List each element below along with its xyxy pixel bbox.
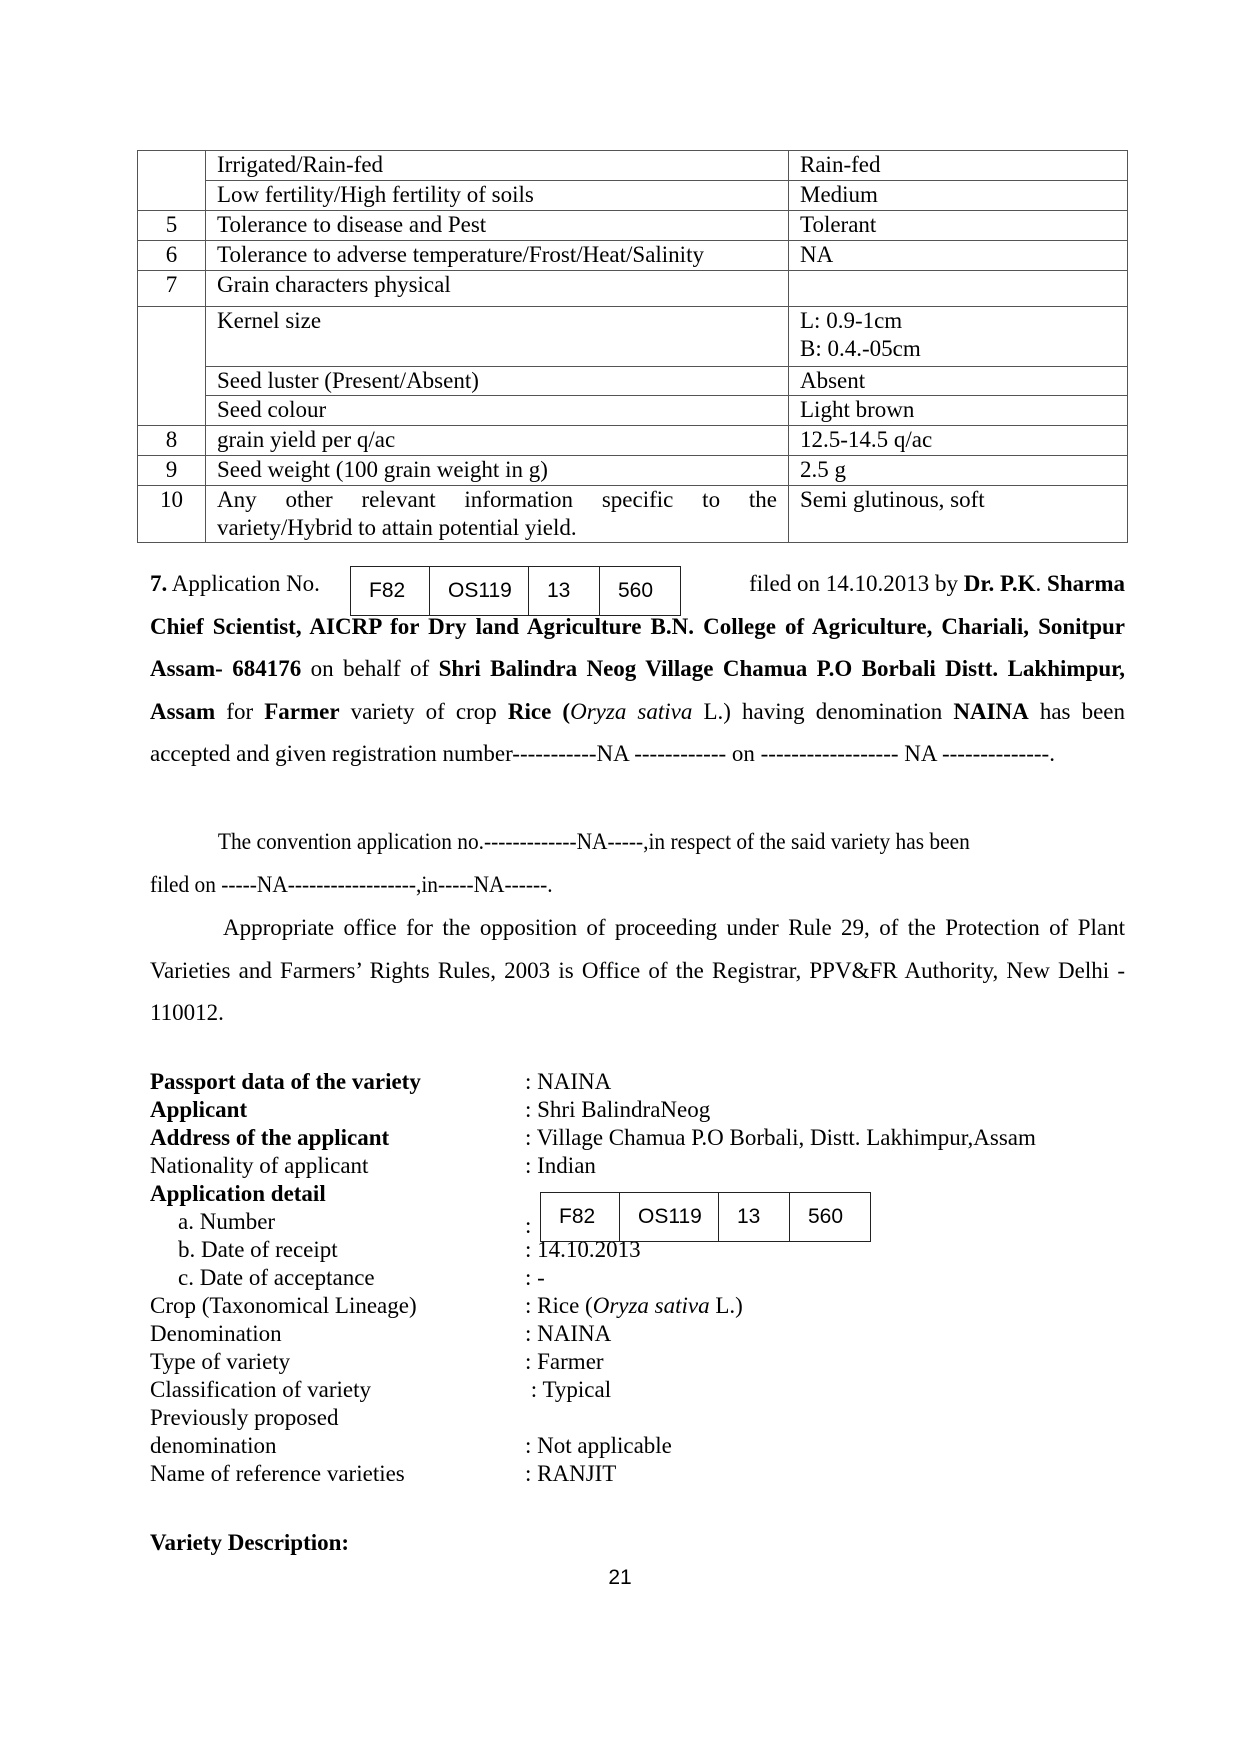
convention-paragraph: The convention application no.----------… xyxy=(150,821,1125,864)
passport-key: Nationality of applicant xyxy=(150,1152,368,1180)
value-cell: L: 0.9-1cm B: 0.4.-05cm xyxy=(789,307,1128,367)
species-suffix: L.) having denomination xyxy=(703,699,942,724)
passport-key: b. Date of receipt xyxy=(178,1236,338,1264)
parameter-cell: Grain characters physical xyxy=(206,271,789,307)
on-behalf-text: on behalf of xyxy=(311,656,429,681)
table-row: Kernel size L: 0.9-1cm B: 0.4.-05cm xyxy=(138,307,1128,367)
value-cell: Absent xyxy=(789,367,1128,396)
kernel-breadth: B: 0.4.-05cm xyxy=(800,335,1116,363)
passport-application-number-box: F82 OS119 13 560 xyxy=(540,1192,871,1242)
serial-number-cell xyxy=(138,151,206,181)
parameter-cell: Seed weight (100 grain weight in g) xyxy=(206,456,789,486)
crop-name: Rice xyxy=(508,699,551,724)
serial-number-cell: 7 xyxy=(138,271,206,307)
passport-key: Name of reference varieties xyxy=(150,1460,405,1488)
passport-value: : NAINA xyxy=(525,1320,611,1348)
parameter-cell: Seed colour xyxy=(206,396,789,426)
passport-value: : Not applicable xyxy=(525,1432,672,1460)
table-row: 5 Tolerance to disease and Pest Tolerant xyxy=(138,211,1128,241)
passport-key: a. Number xyxy=(178,1208,275,1236)
convention-line-1: The convention application no.----------… xyxy=(150,821,1125,864)
application-number-part: F82 xyxy=(351,567,430,615)
passport-value: : Shri BalindraNeog xyxy=(525,1096,710,1124)
opposition-office-text: Appropriate office for the opposition of… xyxy=(150,915,1125,1025)
value-cell: Semi glutinous, soft xyxy=(789,486,1128,543)
denomination: NAINA xyxy=(953,699,1028,724)
passport-value: : Farmer xyxy=(525,1348,604,1376)
table-row: Irrigated/Rain-fed Rain-fed xyxy=(138,151,1128,181)
application-number-part: 560 xyxy=(600,567,680,615)
serial-number-cell: 5 xyxy=(138,211,206,241)
opposition-office-paragraph: Appropriate office for the opposition of… xyxy=(150,907,1125,1035)
table-row: Seed colour Light brown xyxy=(138,396,1128,426)
value-cell xyxy=(789,271,1128,307)
crop-text: variety of crop xyxy=(351,699,497,724)
serial-number-cell: 8 xyxy=(138,426,206,456)
passport-key: Passport data of the variety xyxy=(150,1068,421,1096)
serial-number-cell xyxy=(138,307,206,367)
parameter-cell: Tolerance to disease and Pest xyxy=(206,211,789,241)
value-cell: 12.5-14.5 q/ac xyxy=(789,426,1128,456)
passport-value: : Indian xyxy=(525,1152,596,1180)
parameter-cell: grain yield per q/ac xyxy=(206,426,789,456)
serial-number-cell: 6 xyxy=(138,241,206,271)
page-number: 21 xyxy=(0,1566,1240,1590)
filed-on-text: filed on 14.10.2013 by Dr. P.K. Sharma xyxy=(749,563,1125,606)
kernel-length: L: 0.9-1cm xyxy=(800,307,1116,335)
serial-number-cell: 10 xyxy=(138,486,206,543)
for-text: for xyxy=(226,699,253,724)
application-number-part: 13 xyxy=(719,1193,790,1241)
table-row: 8 grain yield per q/ac 12.5-14.5 q/ac xyxy=(138,426,1128,456)
table-row: 10 Any other relevant information specif… xyxy=(138,486,1128,543)
table-row: Low fertility/High fertility of soils Me… xyxy=(138,181,1128,211)
value-cell: NA xyxy=(789,241,1128,271)
filer-name-end: . Sharma xyxy=(1036,571,1125,596)
serial-number-cell xyxy=(138,396,206,426)
passport-key: Applicant xyxy=(150,1096,247,1124)
parameter-cell: Tolerance to adverse temperature/Frost/H… xyxy=(206,241,789,271)
passport-key: Address of the applicant xyxy=(150,1124,389,1152)
table-row: 9 Seed weight (100 grain weight in g) 2.… xyxy=(138,456,1128,486)
passport-key: denomination xyxy=(150,1432,276,1460)
passport-value: : NAINA xyxy=(525,1068,611,1096)
parameter-cell: Any other relevant information specific … xyxy=(206,486,789,543)
species-suffix: L.) xyxy=(710,1293,743,1318)
value-cell: Light brown xyxy=(789,396,1128,426)
table-row: 7 Grain characters physical xyxy=(138,271,1128,307)
application-number-part: 560 xyxy=(790,1193,870,1241)
application-number-part: F82 xyxy=(541,1193,620,1241)
passport-key: Crop (Taxonomical Lineage) xyxy=(150,1292,417,1320)
species-name: Oryza sativa xyxy=(593,1293,710,1318)
application-number-label: Application No. xyxy=(172,571,320,596)
passport-key: Application detail xyxy=(150,1180,326,1208)
species-name: Oryza sativa xyxy=(570,699,692,724)
table-row: Seed luster (Present/Absent) Absent xyxy=(138,367,1128,396)
parameter-cell: Seed luster (Present/Absent) xyxy=(206,367,789,396)
passport-value: : Village Chamua P.O Borbali, Distt. Lak… xyxy=(525,1124,1036,1152)
section-number: 7. xyxy=(150,571,167,596)
parameter-cell: Kernel size xyxy=(206,307,789,367)
passport-value: : Typical xyxy=(525,1376,611,1404)
table-row: 6 Tolerance to adverse temperature/Frost… xyxy=(138,241,1128,271)
value-cell: Rain-fed xyxy=(789,151,1128,181)
variety-type: Farmer xyxy=(264,699,339,724)
variety-characteristics-table: Irrigated/Rain-fed Rain-fed Low fertilit… xyxy=(137,150,1128,543)
value-cell: 2.5 g xyxy=(789,456,1128,486)
application-number-part: 13 xyxy=(529,567,600,615)
variety-description-heading: Variety Description: xyxy=(150,1530,349,1556)
passport-value: : Rice (Oryza sativa L.) xyxy=(525,1292,743,1320)
application-number-box: F82 OS119 13 560 xyxy=(350,566,681,616)
filed-date: filed on 14.10.2013 by xyxy=(749,571,958,596)
serial-number-cell xyxy=(138,181,206,211)
passport-key: c. Date of acceptance xyxy=(178,1264,375,1292)
convention-line-2: filed on -----NA------------------,in---… xyxy=(150,864,1125,907)
document-page: Irrigated/Rain-fed Rain-fed Low fertilit… xyxy=(0,0,1240,1754)
parameter-cell: Irrigated/Rain-fed xyxy=(206,151,789,181)
convention-paragraph-continued: filed on -----NA------------------,in---… xyxy=(150,864,1125,907)
passport-key: Previously proposed xyxy=(150,1404,338,1432)
passport-key: Classification of variety xyxy=(150,1376,371,1404)
value-cell: Tolerant xyxy=(789,211,1128,241)
serial-number-cell xyxy=(138,367,206,396)
application-number-part: OS119 xyxy=(620,1193,719,1241)
filer-name: Dr. P.K xyxy=(964,571,1036,596)
value-cell: Medium xyxy=(789,181,1128,211)
serial-number-cell: 9 xyxy=(138,456,206,486)
passport-key: Type of variety xyxy=(150,1348,290,1376)
parameter-cell: Low fertility/High fertility of soils xyxy=(206,181,789,211)
passport-key: Denomination xyxy=(150,1320,282,1348)
paren-open: ( xyxy=(562,699,570,724)
crop-prefix: : Rice ( xyxy=(525,1293,593,1318)
application-label: 7. Application No. xyxy=(150,563,320,606)
passport-value: : RANJIT xyxy=(525,1460,616,1488)
application-number-part: OS119 xyxy=(430,567,529,615)
passport-value: : - xyxy=(525,1264,545,1292)
